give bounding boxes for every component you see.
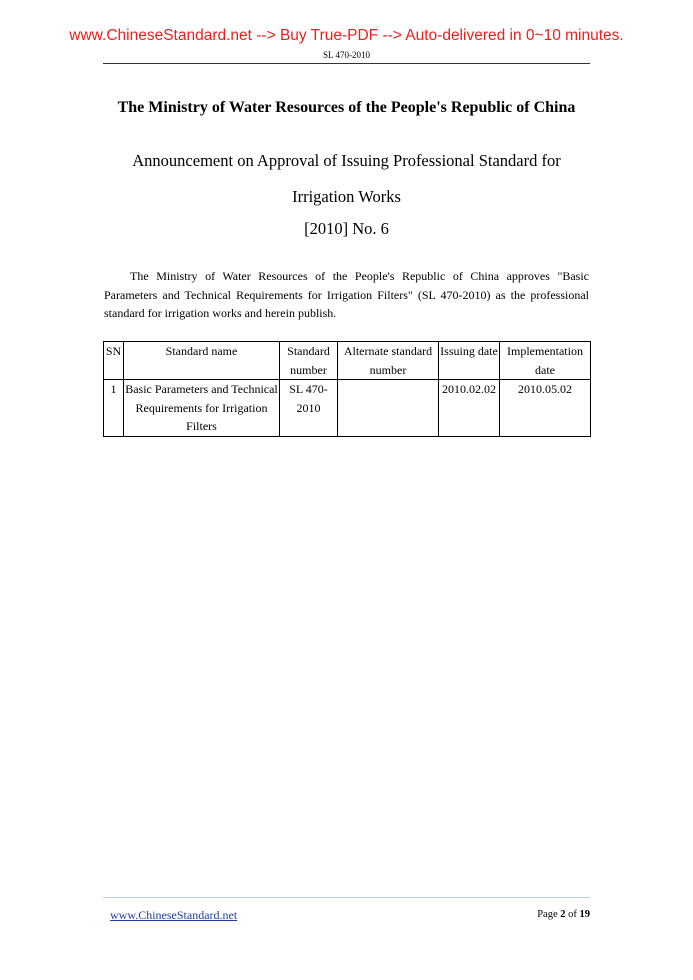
document-code-header: SL 470-2010 — [0, 50, 693, 60]
cell-alternate-number — [338, 380, 439, 437]
header-divider — [103, 63, 590, 64]
standards-table: SN Standard name Standard number Alterna… — [103, 341, 591, 437]
header-issuing-date: Issuing date — [439, 342, 500, 380]
cell-sn: 1 — [104, 380, 124, 437]
cell-standard-number: SL 470-2010 — [280, 380, 338, 437]
announcement-title-line1: Announcement on Approval of Issuing Prof… — [0, 143, 693, 179]
announcement-number: [2010] No. 6 — [0, 219, 693, 239]
page-of: of — [566, 909, 580, 920]
cell-issuing-date: 2010.02.02 — [439, 380, 500, 437]
announcement-paragraph: The Ministry of Water Resources of the P… — [104, 267, 589, 323]
page-total: 19 — [580, 909, 591, 920]
announcement-title-line2: Irrigation Works — [0, 179, 693, 215]
cell-implementation-date: 2010.05.02 — [500, 380, 591, 437]
page-prefix: Page — [537, 909, 560, 920]
promo-banner[interactable]: www.ChineseStandard.net --> Buy True-PDF… — [0, 27, 693, 45]
table-row: 1 Basic Parameters and Technical Require… — [104, 380, 591, 437]
announcement-title: Announcement on Approval of Issuing Prof… — [0, 143, 693, 215]
header-standard-number: Standard number — [280, 342, 338, 380]
table-header-row: SN Standard name Standard number Alterna… — [104, 342, 591, 380]
header-sn: SN — [104, 342, 124, 380]
header-implementation-date: Implementation date — [500, 342, 591, 380]
footer-divider — [103, 897, 590, 898]
cell-standard-name: Basic Parameters and Technical Requireme… — [124, 380, 280, 437]
header-alternate-number: Alternate standard number — [338, 342, 439, 380]
footer-website-link[interactable]: www.ChineseStandard.net — [110, 908, 237, 923]
ministry-heading: The Ministry of Water Resources of the P… — [0, 99, 693, 117]
page-indicator: Page 2 of 19 — [537, 909, 590, 920]
header-standard-name: Standard name — [124, 342, 280, 380]
